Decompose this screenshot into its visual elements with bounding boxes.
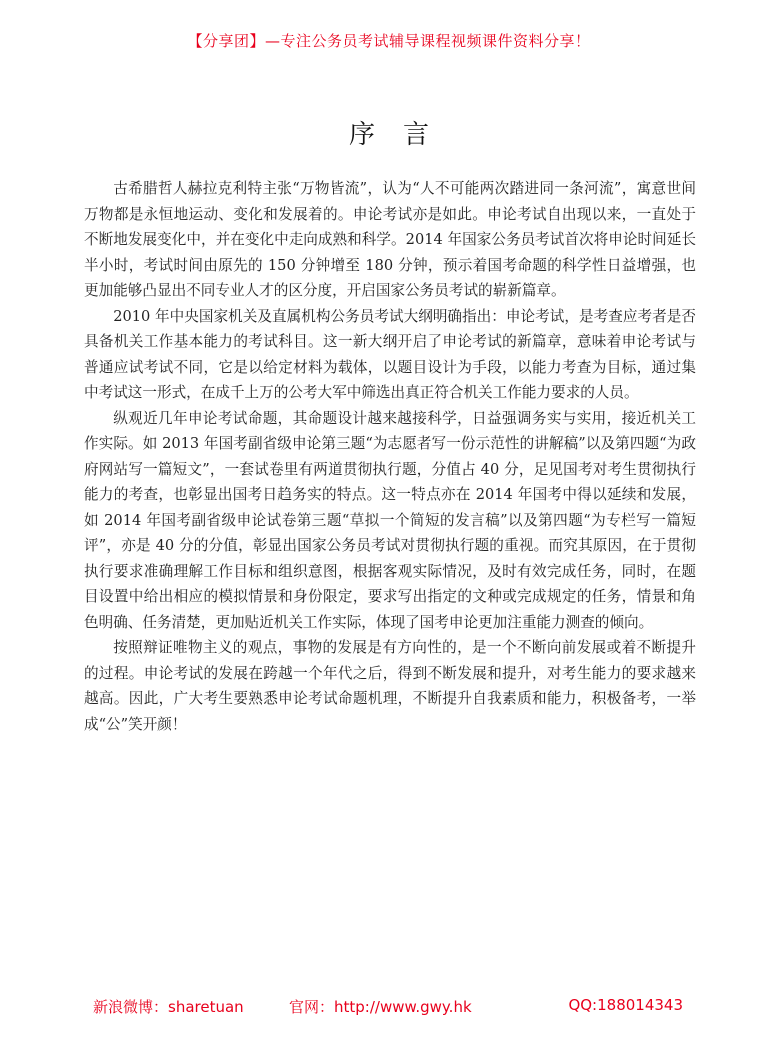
footer-weibo: 新浪微博：sharetuan bbox=[93, 996, 244, 1017]
header-banner: 【分享团】—专注公务员考试辅导课程视频课件资料分享！ bbox=[0, 30, 778, 51]
paragraph: 古希腊哲人赫拉克利特主张“万物皆流”，认为“人不可能两次踏进同一条河流”，寓意世… bbox=[84, 176, 696, 304]
paragraph: 按照辩证唯物主义的观点，事物的发展是有方向性的，是一个不断向前发展或着不断提升的… bbox=[84, 635, 696, 737]
footer-website-link[interactable]: 官网：http://www.gwy.hk bbox=[289, 996, 472, 1017]
footer-qq: QQ:188014343 bbox=[568, 996, 683, 1014]
paragraph: 2010 年中央国家机关及直属机构公务员考试大纲明确指出：申论考试，是考查应考者… bbox=[84, 304, 696, 406]
paragraph: 纵观近几年申论考试命题，其命题设计越来越接科学，日益强调务实与实用，接近机关工作… bbox=[84, 406, 696, 636]
document-body: 古希腊哲人赫拉克利特主张“万物皆流”，认为“人不可能两次踏进同一条河流”，寓意世… bbox=[84, 176, 696, 737]
footer: 新浪微博：sharetuan 官网：http://www.gwy.hk QQ:1… bbox=[93, 996, 693, 1018]
page-title: 序言 bbox=[0, 114, 778, 151]
document-page: 【分享团】—专注公务员考试辅导课程视频课件资料分享！ 序言 古希腊哲人赫拉克利特… bbox=[0, 0, 778, 1058]
